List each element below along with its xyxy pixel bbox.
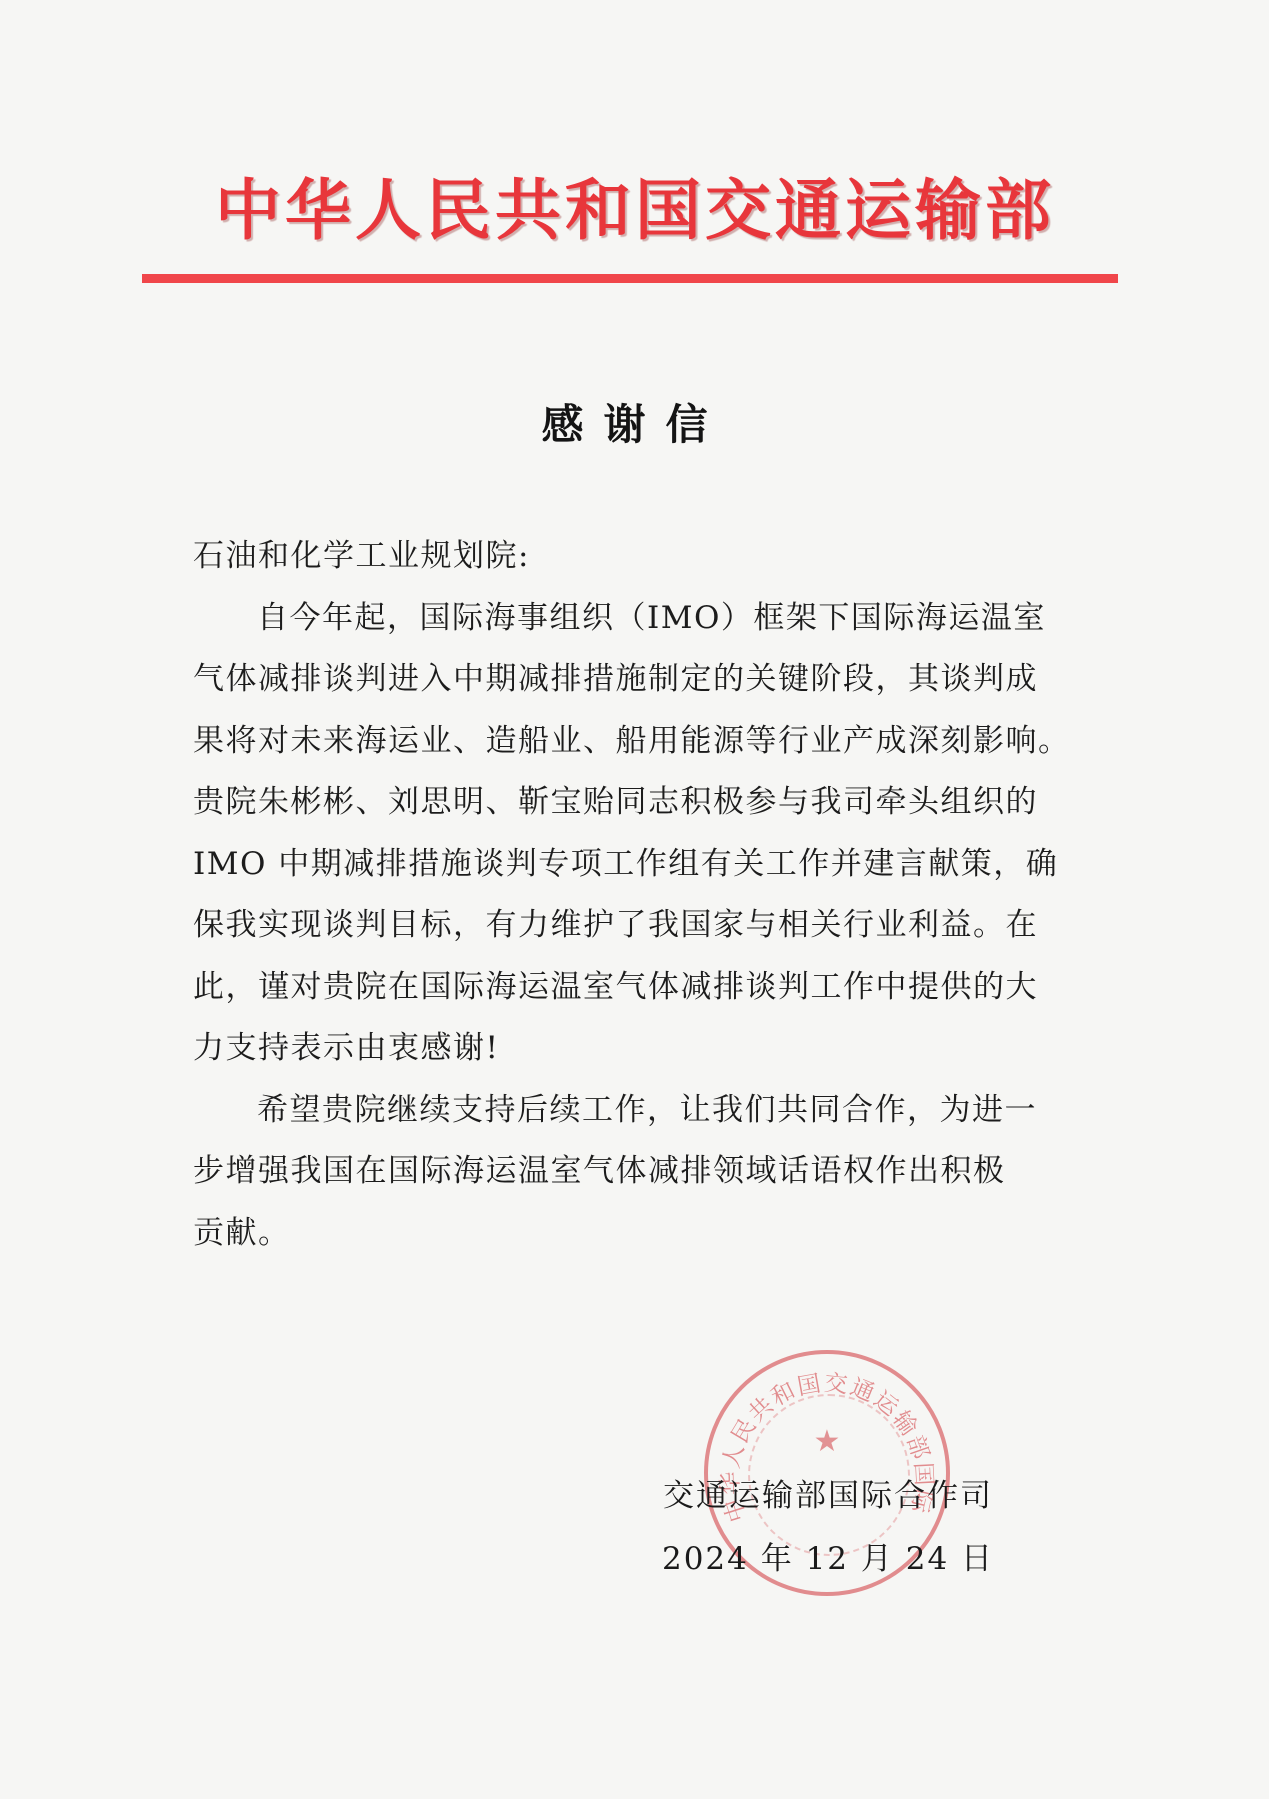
paragraph-1-line-4: 贵院朱彬彬、刘思明、靳宝贻同志积极参与我司牵头组织的 — [193, 772, 1083, 834]
paragraph-1-line-7: 此，谨对贵院在国际海运温室气体减排谈判工作中提供的大 — [193, 957, 1083, 1019]
signature-date: 2024 年 12 月 24 日 — [648, 1533, 1008, 1578]
letterhead-red-rule — [142, 274, 1118, 283]
signature-block: 交通运输部国际合作司 2024 年 12 月 24 日 — [648, 1470, 1008, 1578]
star-icon: ★ — [814, 1424, 841, 1459]
document-title: 感谢信 — [0, 392, 1269, 452]
letter-body: 石油和化学工业规划院: 自今年起，国际海事组织（IMO）框架下国际海运温室 气体… — [193, 526, 1083, 1264]
letterhead-org-name: 中华人民共和国交通运输部 — [140, 170, 1130, 250]
paragraph-2-line-1: 希望贵院继续支持后续工作，让我们共同合作，为进一 — [193, 1080, 1083, 1142]
salutation: 石油和化学工业规划院: — [193, 526, 1083, 588]
paragraph-1-line-2: 气体减排谈判进入中期减排措施制定的关键阶段，其谈判成 — [193, 649, 1083, 711]
paragraph-1-line-3: 果将对未来海运业、造船业、船用能源等行业产成深刻影响。 — [193, 711, 1083, 773]
paragraph-1-line-5: IMO 中期减排措施谈判专项工作组有关工作并建言献策，确 — [193, 834, 1083, 896]
paragraph-1-line-1: 自今年起，国际海事组织（IMO）框架下国际海运温室 — [193, 588, 1083, 650]
paragraph-1-line-6: 保我实现谈判目标，有力维护了我国家与相关行业利益。在 — [193, 895, 1083, 957]
signature-department: 交通运输部国际合作司 — [648, 1470, 1008, 1515]
paragraph-2-line-3: 贡献。 — [193, 1203, 1083, 1265]
paragraph-1-line-8: 力支持表示由衷感谢! — [193, 1018, 1083, 1080]
paragraph-2-line-2: 步增强我国在国际海运温室气体减排领域话语权作出积极 — [193, 1141, 1083, 1203]
